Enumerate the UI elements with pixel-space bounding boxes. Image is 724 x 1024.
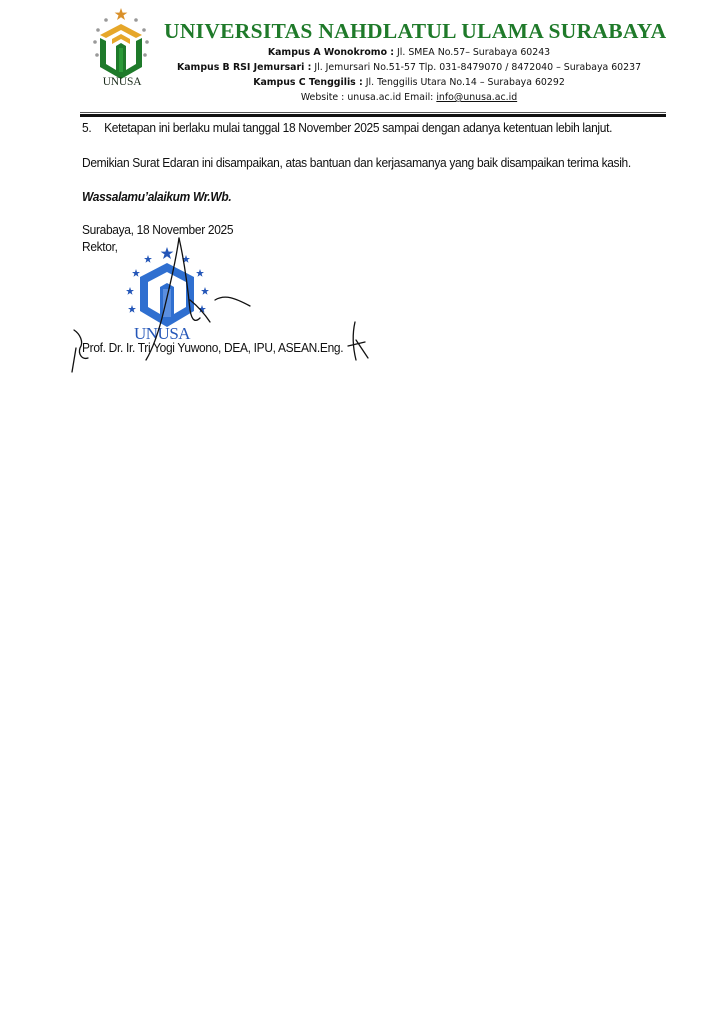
list-item-5: 5.Ketetapan ini berlaku mulai tanggal 18…: [82, 120, 612, 135]
header-rule-thick: [80, 114, 666, 117]
signer-role: Rektor,: [82, 239, 118, 254]
university-title: UNIVERSITAS NAHDLATUL ULAMA SURABAYA: [164, 19, 654, 44]
item-number: 5.: [82, 120, 104, 135]
campus-a-label: Kampus A Wonokromo :: [268, 47, 394, 58]
signer-name: Prof. Dr. Ir. Tri Yogi Yuwono, DEA, IPU,…: [82, 340, 343, 355]
email-link[interactable]: info@unusa.ac.id: [436, 92, 517, 103]
letterhead: UNUSA UNIVERSITAS NAHDLATUL ULAMA SURABA…: [0, 0, 724, 120]
campus-b-text: Jl. Jemursari No.51-57 Tlp. 031-8479070 …: [311, 62, 641, 73]
item-text: Ketetapan ini berlaku mulai tanggal 18 N…: [104, 120, 612, 135]
campus-a-text: Jl. SMEA No.57– Surabaya 60243: [394, 47, 550, 58]
campus-a-address: Kampus A Wonokromo : Jl. SMEA No.57– Sur…: [164, 46, 654, 59]
campus-b-address: Kampus B RSI Jemursari : Jl. Jemursari N…: [164, 61, 654, 74]
website-label: Website : unusa.ac.id Email:: [301, 92, 437, 103]
place-date: Surabaya, 18 November 2025: [82, 222, 233, 237]
campus-c-label: Kampus C Tenggilis :: [253, 77, 363, 88]
header-rule-thin: [80, 112, 666, 113]
campus-b-label: Kampus B RSI Jemursari :: [177, 62, 311, 73]
contact-line: Website : unusa.ac.id Email: info@unusa.…: [164, 91, 654, 104]
logo-text: UNUSA: [94, 76, 150, 88]
campus-c-address: Kampus C Tenggilis : Jl. Tenggilis Utara…: [164, 76, 654, 89]
campus-c-text: Jl. Tenggilis Utara No.14 – Surabaya 602…: [363, 77, 565, 88]
closing-paragraph: Demikian Surat Edaran ini disampaikan, a…: [82, 155, 631, 170]
closing-salutation: Wassalamu’alaikum Wr.Wb.: [82, 189, 231, 204]
